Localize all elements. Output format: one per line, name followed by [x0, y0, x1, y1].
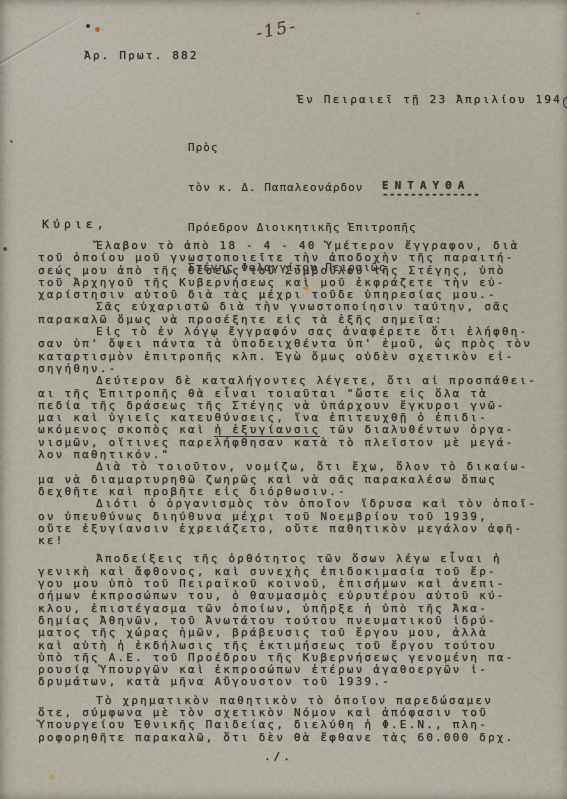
ink-speck	[86, 24, 90, 28]
place-and-date: Ἐν Πειραιεῖ τῇ 23 Ἀπριλίου 194	[297, 93, 562, 106]
body-text-segment: τῶν διαλυθέντων ὀργα-	[320, 423, 514, 436]
rust-speck	[95, 27, 100, 32]
body-line: Ὑπουργείου Ἐθνικῆς Παιδείας, διελύθη ἡ Φ…	[38, 719, 550, 731]
body-line: Διότι ὁ ὀργανισμὸς τὸν ὁποῖον ἵδρυσα καὶ…	[38, 498, 550, 510]
body-line: δρυμάτων, κατὰ μῆνα Αὔγουστον τοῦ 1939.-	[38, 676, 550, 688]
recipient-line: Πρόεδρον Διοικητικῆς Ἐπιτροπῆς	[188, 221, 417, 234]
body-line: κε!	[38, 535, 550, 547]
paragraph: Ἀποδείξεις τῆς ὀρθότητος τῶν ὅσων λέγω ε…	[38, 553, 550, 688]
body-line: σαν ὑπ' ὄψει πάντα τὰ ὑποδειχθέντα ὑπ' ἐ…	[38, 338, 550, 350]
paragraph: Δεύτερον δὲ καταλήγοντες λέγετε, ὅτι αἱ …	[38, 375, 550, 461]
paragraph: Σᾶς εὐχαριστῶ διὰ τὴν γνωστοποίησιν ταύτ…	[38, 301, 550, 326]
body-line: καὶ αὐτὴ ἡ ἐκδήλωσις τῆς ἐκτιμήσεως τοῦ …	[38, 640, 550, 652]
entautha-underline: --------------	[382, 188, 480, 201]
continuation-mark: ./.	[264, 750, 293, 763]
protocol-number: Ἀρ. Πρωτ. 882	[84, 49, 199, 62]
paragraph: Τὸ χρηματικὸν παθητικὸν τὸ ὁποῖον παρεδώ…	[38, 695, 550, 744]
body-line: Ἀποδείξεις τῆς ὀρθότητος τῶν ὅσων λέγω ε…	[38, 553, 550, 565]
body-line: οὔτε ἐξυγίανσιν ἐχρειάζετο, οὔτε παθητικ…	[38, 523, 550, 535]
stain	[49, 775, 55, 780]
paragraph: Εἰς τὸ ἐν λόγῳ ἔγγραφόν σας ἀναφέρετε ὅτ…	[38, 326, 550, 375]
body-line: τοῦ ὁποίου μοῦ γνωστοποιεῖτε τὴν ἀποδοχὴ…	[38, 252, 550, 264]
body-line: ροφορηθῆτε παρακαλῶ, ὅτι δὲν θὰ ἔφθανε τ…	[38, 732, 550, 744]
rust-speck	[416, 12, 420, 15]
body-line: σήμων ἐκπροσώπων του, ὁ θαυμασμὸς εὐρυτέ…	[38, 590, 550, 602]
letter-body: Ἔλαβον τὸ ἀπὸ 18 - 4 - 40 Ὑμέτερον ἔγγρα…	[38, 240, 550, 744]
entautha-label: ΕΝΤΑΥΘΑ --------------	[382, 179, 480, 201]
body-line: ωκόμενος σκοπὸς καὶ ἡ ἐξυγίανσις τῶν δια…	[38, 424, 550, 436]
handwritten-page-number: -15-	[254, 16, 298, 43]
paragraph: Διότι ὁ ὀργανισμὸς τὸν ὁποῖον ἵδρυσα καὶ…	[38, 498, 550, 547]
ink-speck	[3, 247, 7, 251]
body-line: Διὰ τὸ τοιοῦτον, νομίζω, ὅτι ἔχω, ὅλον τ…	[38, 461, 550, 473]
scanned-letter-page: -15- Ἀρ. Πρωτ. 882 Ἐν Πειραιεῖ τῇ 23 Ἀπρ…	[0, 0, 567, 799]
paper-crease	[0, 15, 82, 72]
body-line: Δεύτερον δὲ καταλήγοντες λέγετε, ὅτι αἱ …	[38, 375, 550, 387]
recipient-line: Πρὸς	[188, 141, 417, 154]
body-line: αι τῆς Ἐπιτροπῆς θὰ εἶναι τοιαῦται "ὥστε…	[38, 388, 550, 400]
paragraph: Ἔλαβον τὸ ἀπὸ 18 - 4 - 40 Ὑμέτερον ἔγγρα…	[38, 240, 550, 301]
body-line: ματος τῆς χώρας ἡμῶν, βράβευσις τοῦ ἔργο…	[38, 627, 550, 639]
ink-speck	[10, 140, 13, 143]
body-text-segment: ωκόμενος σκοπὸς καὶ	[38, 423, 214, 436]
circled-digit: 0	[563, 96, 567, 109]
body-line: ον ὑπευθύνως διηύθυνα μέχρι τοῦ Νοεμβρίο…	[38, 511, 550, 523]
paragraph: Διὰ τὸ τοιοῦτον, νομίζω, ὅτι ἔχω, ὅλον τ…	[38, 461, 550, 498]
salutation: Κύριε,	[42, 217, 108, 231]
body-line: Σᾶς εὐχαριστῶ διὰ τὴν γνωστοποίησιν ταύτ…	[38, 301, 550, 313]
